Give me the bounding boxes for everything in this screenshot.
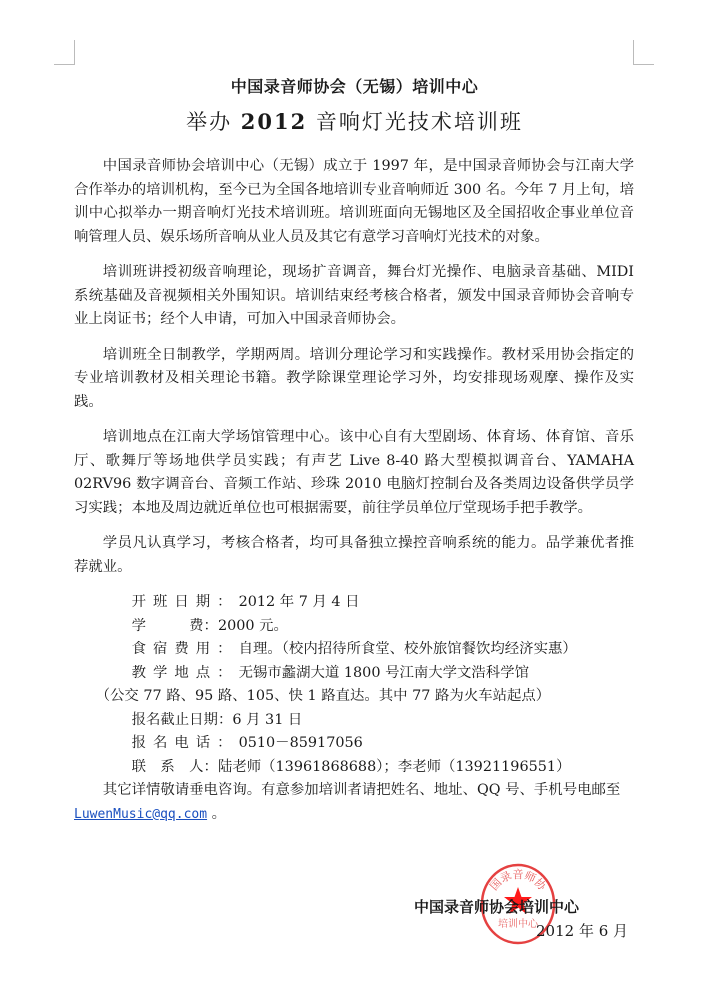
info-lodging: 食宿费用：自理。（校内招待所食堂、校外旅馆餐饮均经济实惠）	[74, 638, 634, 662]
signature-date: 2012 年 6 月	[536, 920, 628, 941]
info-value: 2012 年 7 月 4 日	[239, 594, 360, 610]
info-label: 开班日期：	[103, 591, 239, 615]
info-label: 报名电话：	[103, 732, 239, 756]
closing-note-text: 其它详情敬请垂电咨询。有意参加培训者请把姓名、地址、QQ 号、手机号电邮至	[103, 782, 620, 798]
info-label: 食宿费用：	[103, 638, 239, 662]
info-label: 教学地点：	[103, 662, 239, 686]
closing-note: 其它详情敬请垂电咨询。有意参加培训者请把姓名、地址、QQ 号、手机号电邮至 Lu…	[74, 779, 634, 826]
page-corner-mark-top-right	[633, 40, 654, 65]
organization-title: 中国录音师协会（无锡）培训中心	[0, 74, 709, 97]
info-transit: （公交 77 路、95 路、105、快 1 路直达。其中 77 路为火车站起点）	[74, 685, 634, 709]
signature-organization: 中国录音师协会培训中心	[414, 896, 579, 917]
paragraph-curriculum: 培训班讲授初级音响理论，现场扩音调音，舞台灯光操作、电脑录音基础、MIDI 系统…	[74, 261, 634, 332]
info-location: 教学地点：无锡市蠡湖大道 1800 号江南大学文浩科学馆	[74, 662, 634, 686]
info-value: 6 月 31 日	[232, 712, 302, 728]
info-label: 学 费：	[103, 615, 218, 639]
info-phone: 报名电话：0510－85917056	[74, 732, 634, 756]
main-title-year: 2012	[241, 109, 307, 134]
paragraph-intro: 中国录音师协会培训中心（无锡）成立于 1997 年，是中国录音师协会与江南大学合…	[74, 155, 634, 249]
email-link[interactable]: LuwenMusic@qq.com	[74, 807, 207, 822]
closing-note-end: 。	[207, 806, 226, 822]
info-contact: 联 系 人：陆老师（13961868688）；李老师（13921196551）	[74, 756, 634, 780]
info-value: 自理。（校内招待所食堂、校外旅馆餐饮均经济实惠）	[239, 641, 577, 657]
info-value: 无锡市蠡湖大道 1800 号江南大学文浩科学馆	[239, 665, 529, 681]
page-corner-mark-top-left	[54, 40, 75, 65]
paragraph-outcome: 学员凡认真学习，考核合格者，均可具备独立操控音响系统的能力。品学兼优者推荐就业。	[74, 532, 634, 579]
info-start-date: 开班日期：2012 年 7 月 4 日	[74, 591, 634, 615]
info-list: 开班日期：2012 年 7 月 4 日 学 费：2000 元。 食宿费用：自理。…	[74, 591, 634, 779]
info-value: 陆老师（13961868688）；李老师（13921196551）	[218, 759, 571, 775]
main-title-prefix: 举办	[186, 110, 241, 134]
main-title-suffix: 音响灯光技术培训班	[307, 110, 523, 134]
document-body: 中国录音师协会培训中心（无锡）成立于 1997 年，是中国录音师协会与江南大学合…	[74, 155, 634, 826]
info-value: 0510－85917056	[239, 735, 363, 751]
main-title: 举办 2012 音响灯光技术培训班	[0, 106, 709, 136]
info-tuition: 学 费：2000 元。	[74, 615, 634, 639]
paragraph-schedule: 培训班全日制教学，学期两周。培训分理论学习和实践操作。教材采用协会指定的专业培训…	[74, 344, 634, 415]
seal-bottom-text: 培训中心	[498, 917, 539, 930]
info-label: 报名截止日期：	[103, 709, 233, 733]
info-deadline: 报名截止日期：6 月 31 日	[74, 709, 634, 733]
paragraph-venue: 培训地点在江南大学场馆管理中心。该中心自有大型剧场、体育场、体育馆、音乐厅、歌舞…	[74, 426, 634, 520]
info-value: 2000 元。	[218, 618, 288, 634]
info-label: 联 系 人：	[103, 756, 218, 780]
